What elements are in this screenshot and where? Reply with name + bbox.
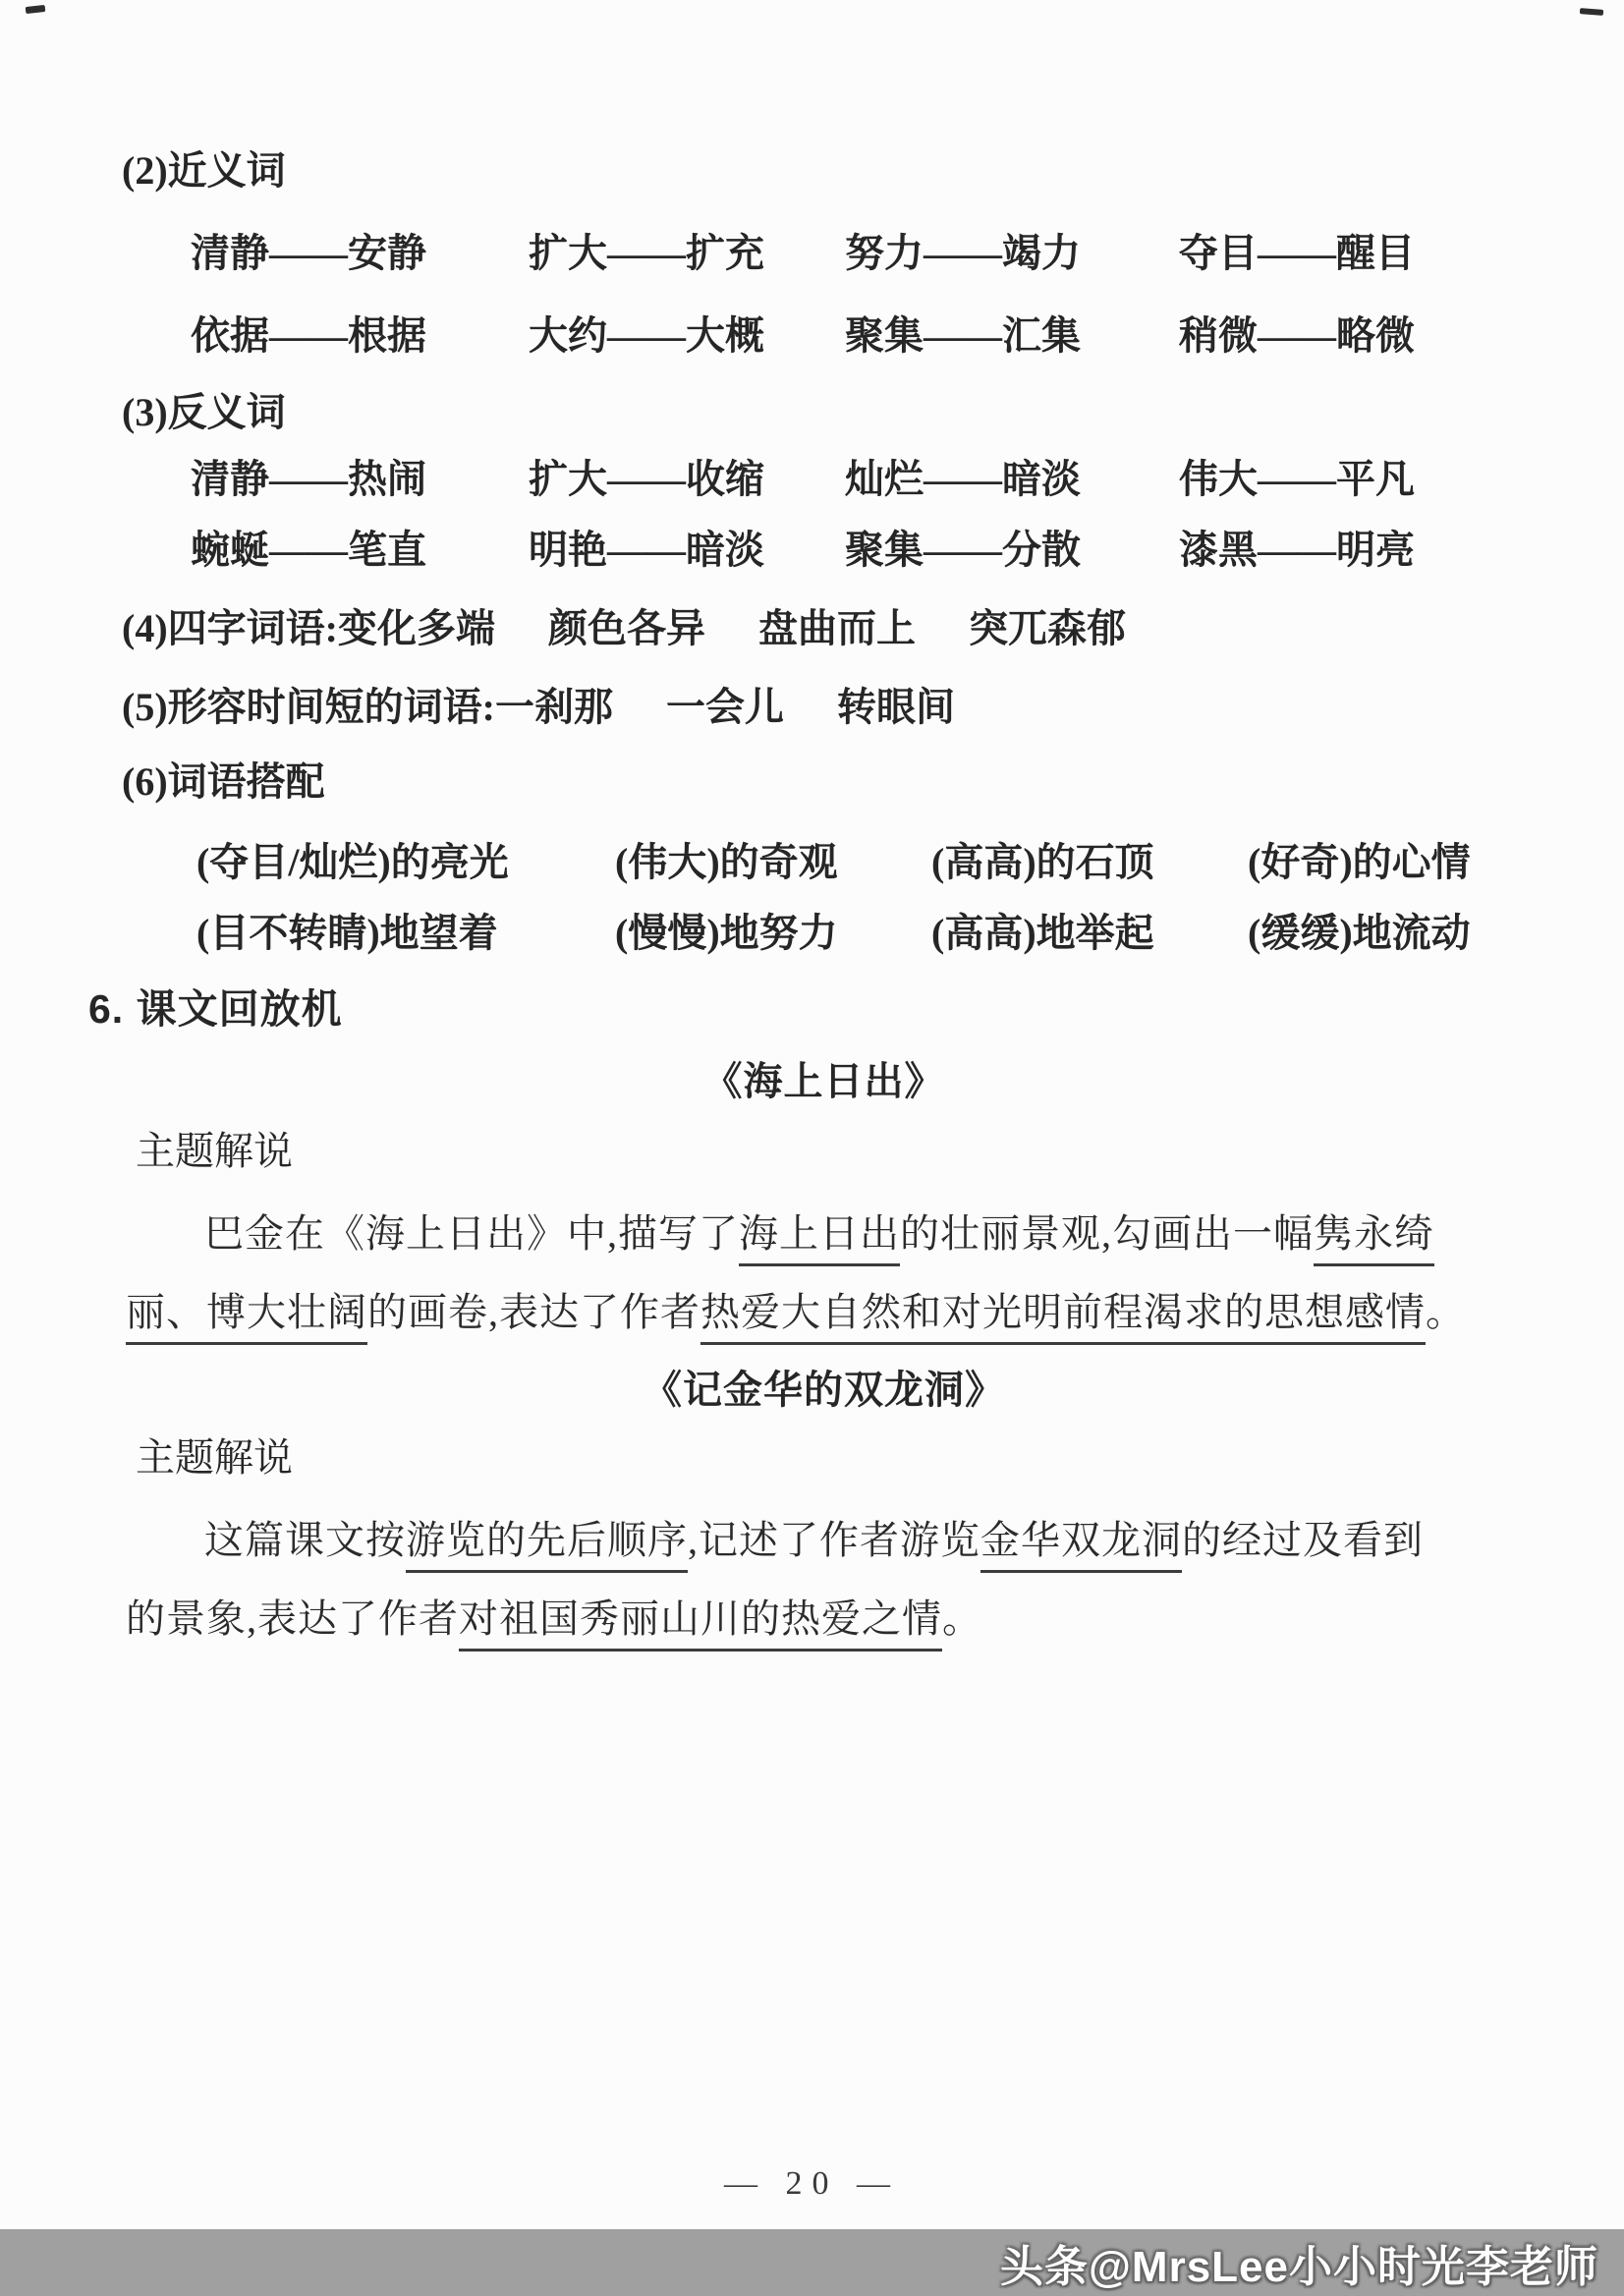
word-pair: 明艳——暗淡 xyxy=(529,527,845,574)
collocation-item: (好奇)的心情 xyxy=(1248,839,1526,886)
lesson-title: 《记金华的双龙洞》 xyxy=(122,1366,1526,1415)
collocation-row: (目不转睛)地望着 (慢慢)地努力 (高高)地举起 (缓缓)地流动 xyxy=(122,910,1526,957)
word-pair: 扩大——扩充 xyxy=(529,230,845,277)
collocation-item: (慢慢)地努力 xyxy=(615,910,931,957)
short-time-words-row: (5)形容时间短的词语: 一刹那 一会儿 转眼间 xyxy=(122,684,1526,731)
collocation-row: (夺目/灿烂)的亮光 (伟大)的奇观 (高高)的石顶 (好奇)的心情 xyxy=(122,839,1526,886)
lesson-subheading: 主题解说 xyxy=(136,1128,1526,1175)
word-item: 一会儿 xyxy=(666,684,784,731)
antonym-row: 清静——热闹 扩大——收缩 灿烂——暗淡 伟大——平凡 xyxy=(122,456,1526,503)
word-item: 变化多端 xyxy=(338,605,495,652)
lesson-subheading: 主题解说 xyxy=(136,1434,1526,1482)
vocab-section: (2)近义词 清静——安静 扩大——扩充 努力——竭力 夺目——醒目 依据——根… xyxy=(122,147,1526,957)
section-label-collocation: (6)词语搭配 xyxy=(122,758,1526,806)
collocation-item: (夺目/灿烂)的亮光 xyxy=(196,839,615,886)
word-pair: 蜿蜒——笔直 xyxy=(191,527,529,574)
word-pair: 聚集——汇集 xyxy=(845,312,1179,360)
word-pair: 漆黑——明亮 xyxy=(1179,527,1526,574)
collocation-item: (目不转睛)地望着 xyxy=(196,910,615,957)
page-number: — 20 — xyxy=(0,2165,1624,2203)
word-item: 突兀森郁 xyxy=(969,605,1126,652)
collocation-item: (高高)的石顶 xyxy=(931,839,1248,886)
collocation-item: (缓缓)地流动 xyxy=(1248,910,1526,957)
word-pair: 扩大——收缩 xyxy=(529,456,845,503)
collocation-item: (伟大)的奇观 xyxy=(615,839,931,886)
word-pair: 灿烂——暗淡 xyxy=(845,456,1179,503)
synonym-row: 清静——安静 扩大——扩充 努力——竭力 夺目——醒目 xyxy=(122,230,1526,277)
watermark-text: 头条@MrsLee小小时光李老师 xyxy=(1000,2231,1598,2294)
paragraph-line: 巴金在《海上日出》中,描写了海上日出的壮丽景观,勾画出一幅隽永绮 xyxy=(126,1203,1526,1281)
word-pair: 努力——竭力 xyxy=(845,230,1179,277)
short-time-items: 一刹那 一会儿 转眼间 xyxy=(495,684,955,731)
paragraph-line: 这篇课文按游览的先后顺序,记述了作者游览金华双龙洞的经过及看到 xyxy=(126,1509,1526,1588)
lesson-paragraph: 这篇课文按游览的先后顺序,记述了作者游览金华双龙洞的经过及看到 的景象,表达了作… xyxy=(126,1509,1526,1666)
word-pair: 伟大——平凡 xyxy=(1179,456,1526,503)
paragraph-line: 的景象,表达了作者对祖国秀丽山川的热爱之情。 xyxy=(126,1588,1526,1666)
word-item: 转眼间 xyxy=(837,684,955,731)
four-char-words-row: (4)四字词语: 变化多端 颜色各异 盘曲而上 突兀森郁 xyxy=(122,605,1526,652)
word-item: 盘曲而上 xyxy=(758,605,916,652)
section-label-short-time: (5)形容时间短的词语: xyxy=(122,684,495,731)
page-content: (2)近义词 清静——安静 扩大——扩充 努力——竭力 夺目——醒目 依据——根… xyxy=(0,0,1624,1672)
document-page: (2)近义词 清静——安静 扩大——扩充 努力——竭力 夺目——醒目 依据——根… xyxy=(0,0,1624,2296)
word-item: 颜色各异 xyxy=(548,605,705,652)
word-item: 一刹那 xyxy=(495,684,613,731)
watermark-band: 头条@MrsLee小小时光李老师 xyxy=(0,2229,1624,2296)
word-pair: 大约——大概 xyxy=(529,312,845,360)
lesson-title: 《海上日出》 xyxy=(122,1057,1526,1106)
word-pair: 聚集——分散 xyxy=(845,527,1179,574)
word-pair: 依据——根据 xyxy=(191,312,529,360)
four-char-items: 变化多端 颜色各异 盘曲而上 突兀森郁 xyxy=(338,605,1126,652)
collocation-item: (高高)地举起 xyxy=(931,910,1248,957)
word-pair: 稍微——略微 xyxy=(1179,312,1526,360)
lesson-paragraph: 巴金在《海上日出》中,描写了海上日出的壮丽景观,勾画出一幅隽永绮 丽、博大壮阔的… xyxy=(126,1203,1526,1360)
word-pair: 清静——安静 xyxy=(191,230,529,277)
review-heading: 6. 课文回放机 xyxy=(88,984,1526,1034)
word-pair: 清静——热闹 xyxy=(191,456,529,503)
word-pair: 夺目——醒目 xyxy=(1179,230,1526,277)
paragraph-line: 丽、博大壮阔的画卷,表达了作者热爱大自然和对光明前程渴求的思想感情。 xyxy=(126,1281,1526,1360)
synonym-row: 依据——根据 大约——大概 聚集——汇集 稍微——略微 xyxy=(122,312,1526,360)
section-label-antonyms: (3)反义词 xyxy=(122,389,1526,436)
antonym-row: 蜿蜒——笔直 明艳——暗淡 聚集——分散 漆黑——明亮 xyxy=(122,527,1526,574)
section-label-four-char: (4)四字词语: xyxy=(122,605,338,652)
section-label-synonyms: (2)近义词 xyxy=(122,147,1526,195)
lesson-review-section: 6. 课文回放机 《海上日出》 主题解说 巴金在《海上日出》中,描写了海上日出的… xyxy=(122,984,1526,1666)
